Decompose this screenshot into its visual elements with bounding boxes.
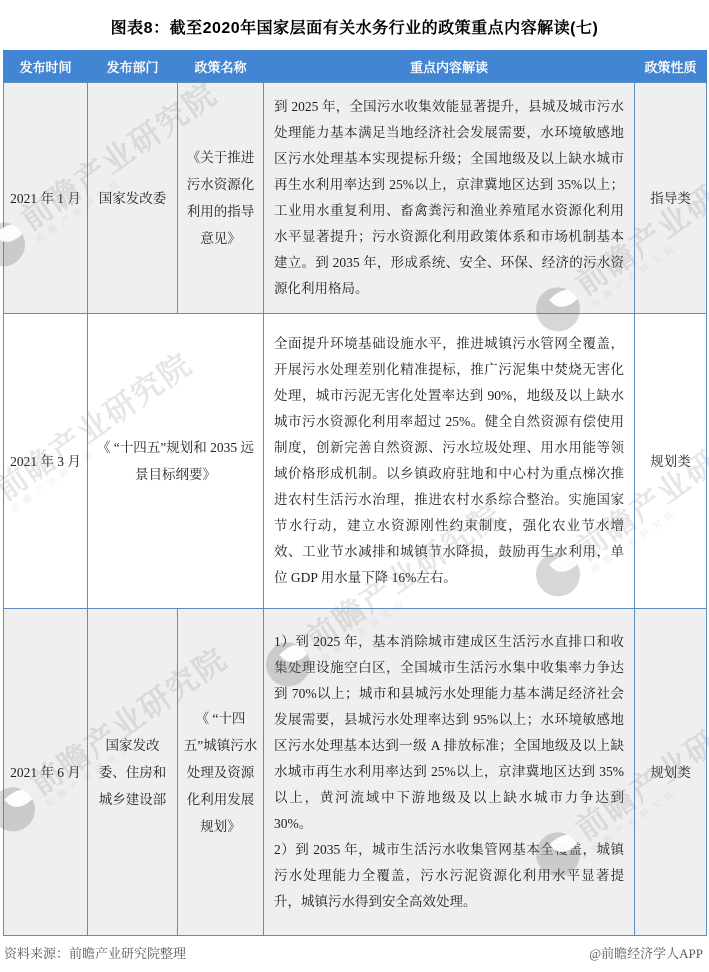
cell-publish-date: 2021 年 1 月 [4, 83, 88, 314]
table-row: 2021 年 6 月 国家发改委、住房和城乡建设部 《 “十四五”城镇污水处理及… [4, 609, 707, 936]
cell-publish-date: 2021 年 3 月 [4, 314, 88, 609]
table-row: 2021 年 1 月 国家发改委 《关于推进污水资源化利用的指导意见》 到 20… [4, 83, 707, 314]
header-row: 发布时间 发布部门 政策名称 重点内容解读 政策性质 [4, 51, 707, 83]
header-policy-name: 政策名称 [178, 51, 264, 83]
cell-content: 到 2025 年，全国污水收集效能显著提升，县城及城市污水处理能力基本满足当地经… [264, 83, 635, 314]
policy-table: 发布时间 发布部门 政策名称 重点内容解读 政策性质 2021 年 1 月 国家… [3, 50, 707, 936]
page-title: 图表8：截至2020年国家层面有关水务行业的政策重点内容解读(七) [0, 0, 709, 38]
cell-policy-nature: 指导类 [635, 83, 707, 314]
cell-department: 国家发改委、住房和城乡建设部 [88, 609, 178, 936]
report-figure-page: 图表8：截至2020年国家层面有关水务行业的政策重点内容解读(七) 发布时间 发… [0, 0, 709, 972]
cell-content: 1）到 2025 年，基本消除城市建成区生活污水直排口和收集处理设施空白区，全国… [264, 609, 635, 936]
cell-policy-name: 《 “十四五”城镇污水处理及资源化利用发展规划》 [178, 609, 264, 936]
cell-department-policy: 《 “十四五”规划和 2035 远景目标纲要》 [88, 314, 264, 609]
cell-department: 国家发改委 [88, 83, 178, 314]
cell-publish-date: 2021 年 6 月 [4, 609, 88, 936]
cell-policy-name: 《关于推进污水资源化利用的指导意见》 [178, 83, 264, 314]
cell-content: 全面提升环境基础设施水平，推进城镇污水管网全覆盖，开展污水处理差别化精准提标，推… [264, 314, 635, 609]
credit-badge: @前瞻经济学人APP [589, 943, 703, 962]
header-department: 发布部门 [88, 51, 178, 83]
page-footer: 资料来源：前瞻产业研究院整理 @前瞻经济学人APP [0, 943, 709, 962]
cell-policy-nature: 规划类 [635, 609, 707, 936]
source-note: 资料来源：前瞻产业研究院整理 [4, 943, 186, 962]
header-publish-date: 发布时间 [4, 51, 88, 83]
header-policy-nature: 政策性质 [635, 51, 707, 83]
table-row: 2021 年 3 月 《 “十四五”规划和 2035 远景目标纲要》 全面提升环… [4, 314, 707, 609]
header-content: 重点内容解读 [264, 51, 635, 83]
cell-policy-nature: 规划类 [635, 314, 707, 609]
